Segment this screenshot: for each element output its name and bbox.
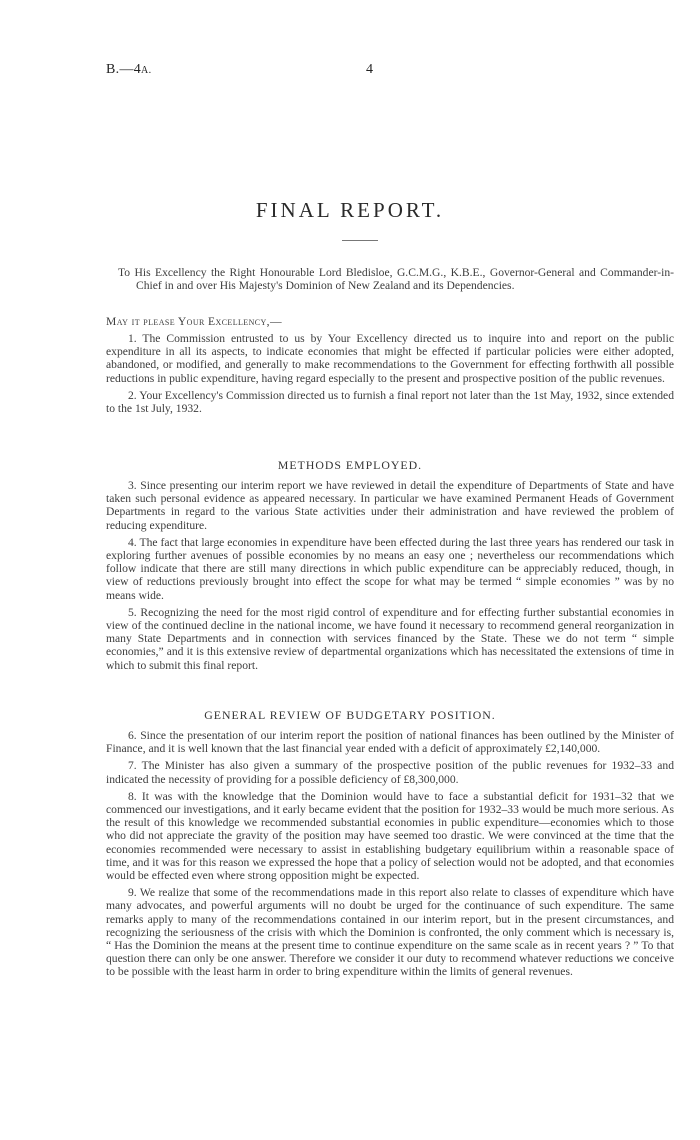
paragraph-4: 4. The fact that large economies in expe… — [106, 536, 674, 602]
paragraph-2: 2. Your Excellency's Commission directed… — [106, 389, 674, 415]
paragraph-7: 7. The Minister has also given a summary… — [106, 759, 674, 785]
page-title: FINAL REPORT. — [0, 198, 700, 223]
title-divider — [342, 240, 378, 241]
paragraph-6: 6. Since the presentation of our interim… — [106, 729, 674, 755]
document-page: B.—4A. 4 FINAL REPORT. To His Excellency… — [0, 0, 700, 1140]
document-reference: B.—4A. — [106, 62, 151, 78]
intro-section: 1. The Commission entrusted to us by You… — [106, 332, 674, 419]
methods-section: 3. Since presenting our interim report w… — [106, 479, 674, 676]
section-heading-budgetary: GENERAL REVIEW OF BUDGETARY POSITION. — [0, 708, 700, 723]
address-block: To His Excellency the Right Honourable L… — [106, 266, 674, 292]
paragraph-9: 9. We realize that some of the recommend… — [106, 886, 674, 978]
address-text: To His Excellency the Right Honourable L… — [106, 266, 674, 292]
doc-ref-suffix: A. — [141, 65, 151, 76]
budgetary-section: 6. Since the presentation of our interim… — [106, 729, 674, 983]
doc-ref-main: B.—4 — [106, 62, 141, 77]
paragraph-1: 1. The Commission entrusted to us by You… — [106, 332, 674, 385]
section-heading-methods: METHODS EMPLOYED. — [0, 458, 700, 473]
paragraph-8: 8. It was with the knowledge that the Do… — [106, 790, 674, 882]
paragraph-3: 3. Since presenting our interim report w… — [106, 479, 674, 532]
paragraph-5: 5. Recognizing the need for the most rig… — [106, 606, 674, 672]
salutation: May it please Your Excellency,— — [106, 315, 674, 328]
page-number: 4 — [366, 62, 373, 78]
